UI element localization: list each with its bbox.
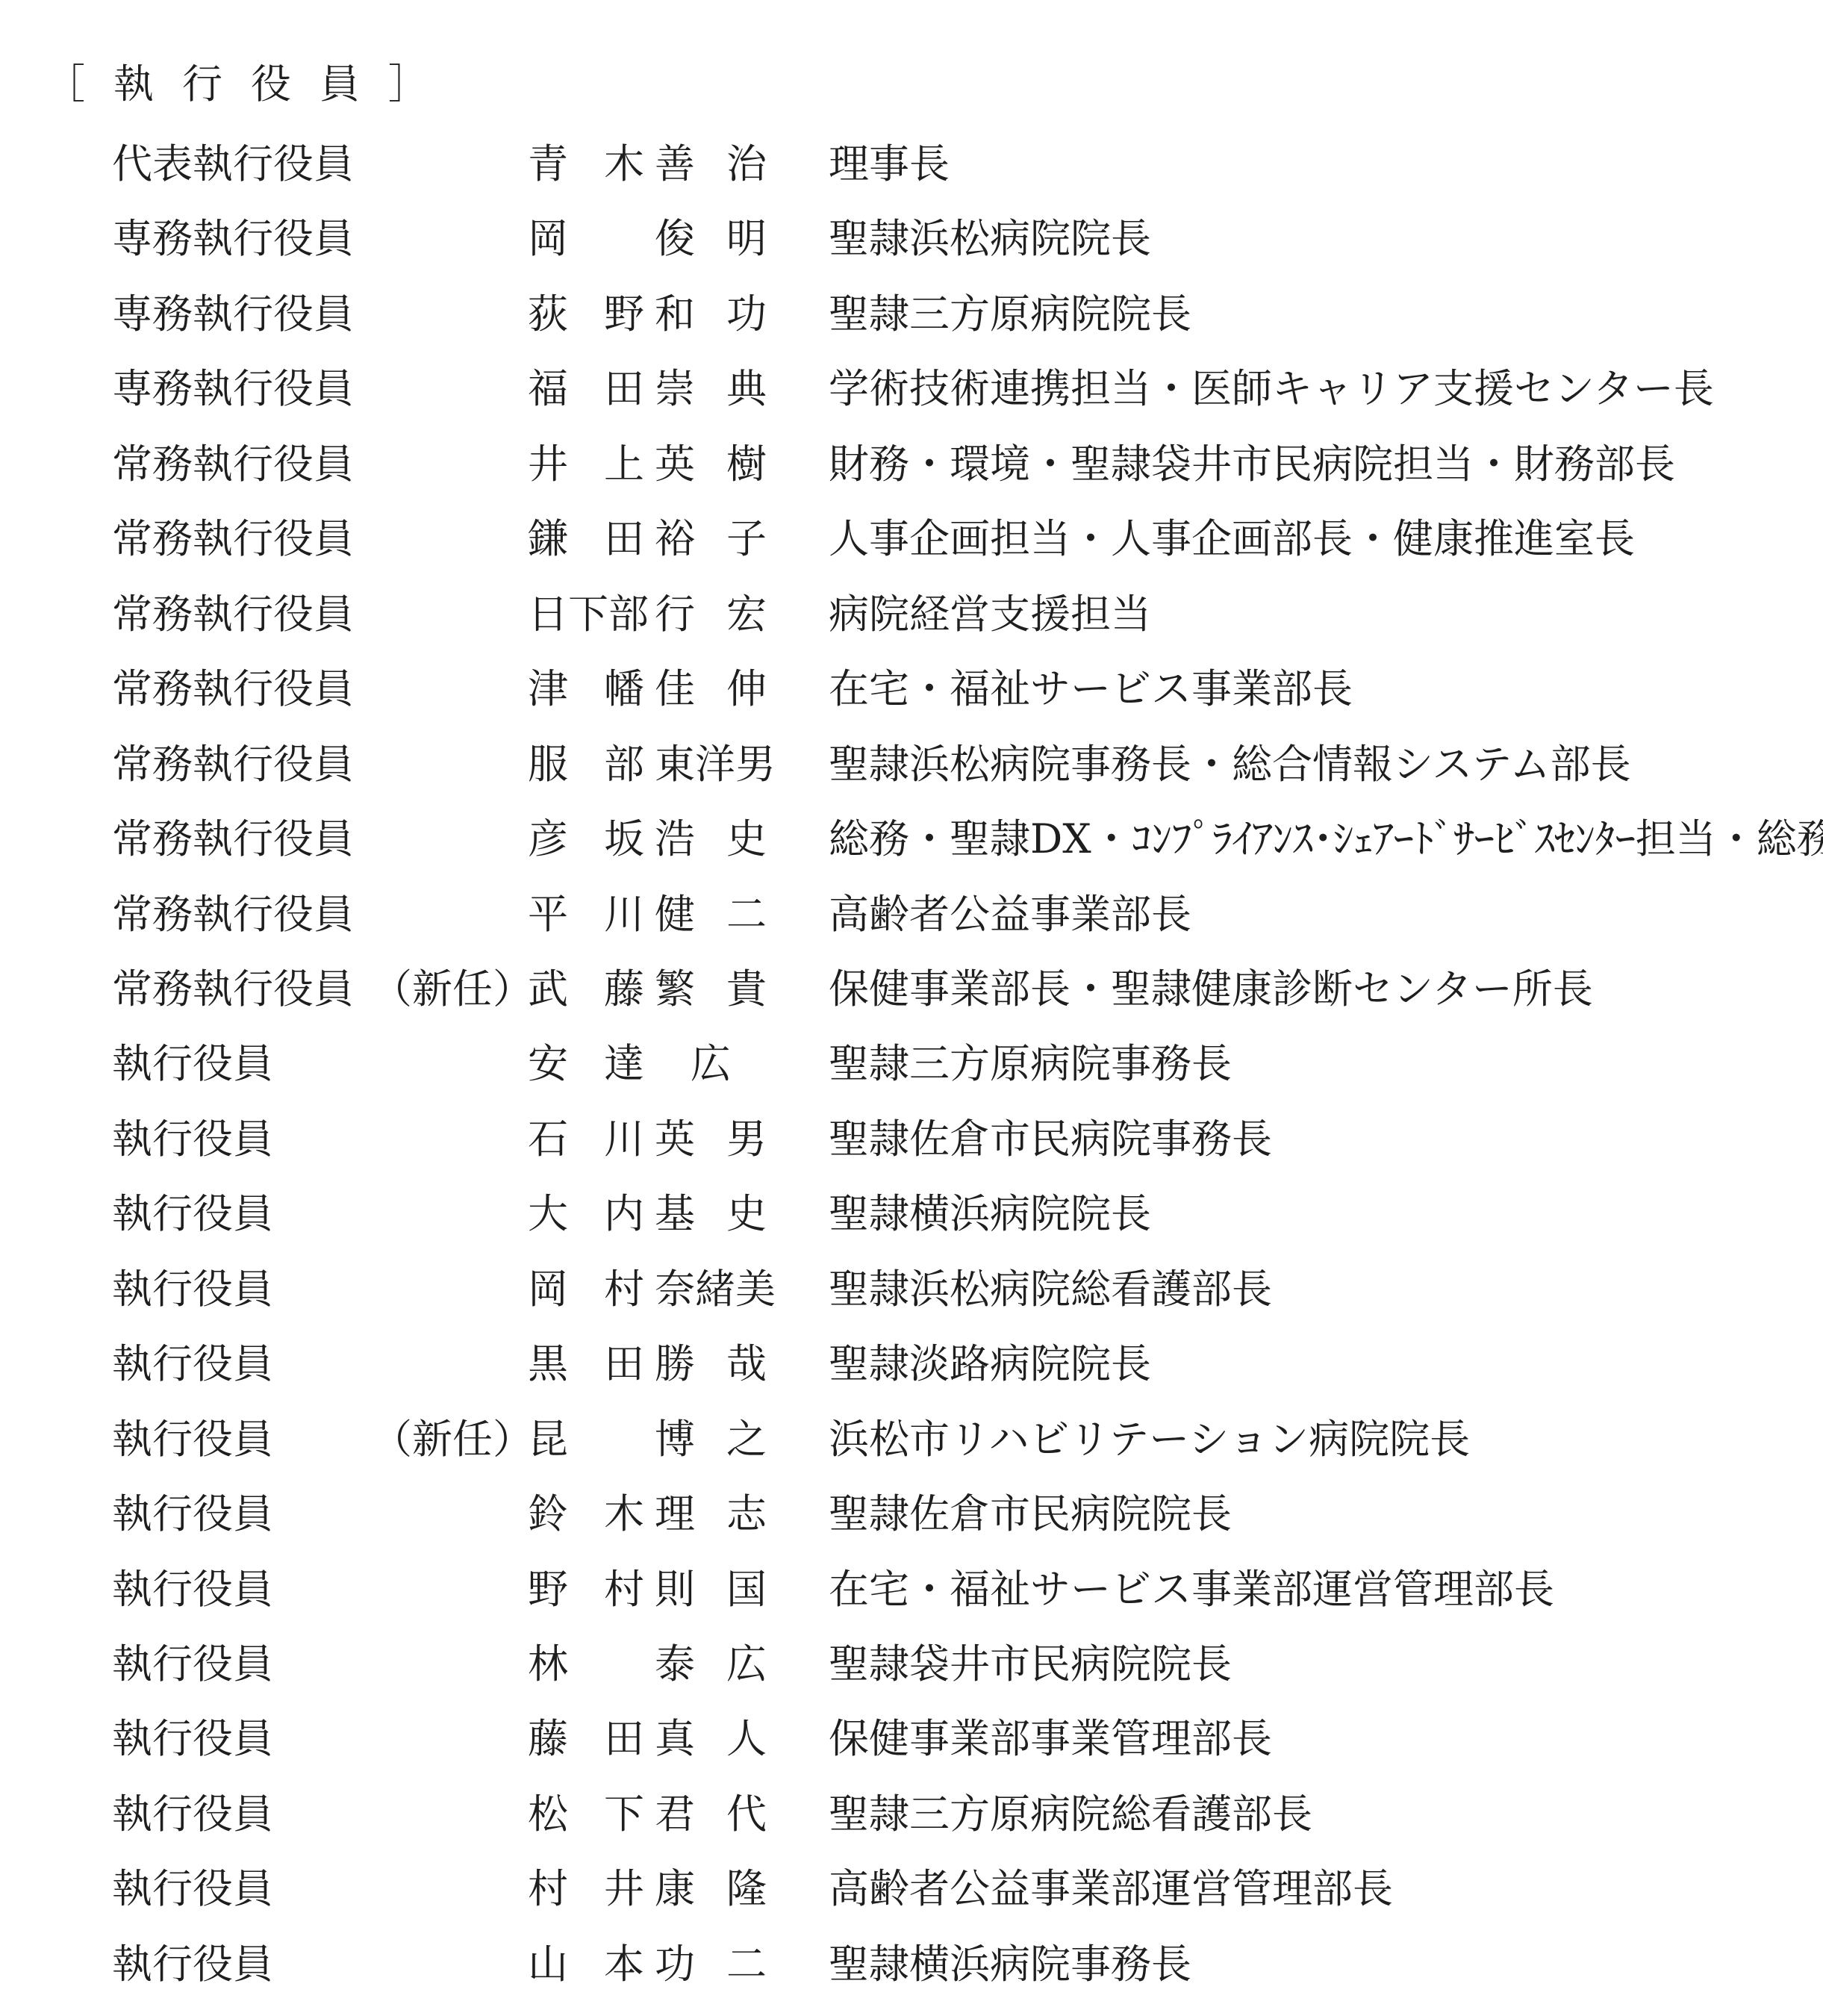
officer-row: 常務執行役員 鎌田 裕子 人事企画担当・人事企画部長・健康推進室長 [0,500,1823,575]
officer-row: 常務執行役員 津幡 佳伸 在宅・福祉サービス事業部長 [0,650,1823,725]
officer-row: 代表執行役員 青木 善治 理事長 [0,125,1823,200]
officer-surname: 野村 [528,1567,644,1612]
officer-title: 執行役員 [112,1267,273,1312]
officer-row: 執行役員 松下 君代 聖隷三方原病院総看護部長 [0,1776,1823,1850]
officer-given-name: 健二 [655,892,767,937]
officer-position: 総務・聖隷DX・ｺﾝﾌﾟﾗｲｱﾝｽ･ｼｪｱｰﾄﾞｻｰﾋﾞｽｾﾝﾀｰ担当・総務部長 [829,817,1823,862]
officer-title: 執行役員 [112,1717,273,1761]
new-appointment-note: （新任） [372,1417,533,1462]
officer-given-name: 康隆 [655,1867,767,1911]
officer-given-name: 和功 [655,292,767,337]
officer-row: 執行役員 岡村 奈緒美 聖隷浜松病院総看護部長 [0,1251,1823,1325]
officer-surname: 日下部 [528,592,644,637]
officer-given-name: 英樹 [655,442,767,487]
officer-given-name: 行宏 [655,592,767,637]
officer-row: 常務執行役員 井上 英樹 財務・環境・聖隷袋井市民病院担当・財務部長 [0,426,1823,500]
officer-surname: 荻野 [528,292,644,337]
officer-row: 常務執行役員 彦坂 浩史 総務・聖隷DX・ｺﾝﾌﾟﾗｲｱﾝｽ･ｼｪｱｰﾄﾞｻｰﾋ… [0,800,1823,875]
officer-row: 執行役員 黒田 勝哉 聖隷淡路病院院長 [0,1325,1823,1400]
officer-title: 執行役員 [112,1792,273,1837]
officer-position: 聖隷浜松病院院長 [829,217,1151,261]
officer-position: 聖隷三方原病院総看護部長 [829,1792,1312,1837]
officer-position: 理事長 [829,142,950,187]
officer-row: 常務執行役員 服部 東洋男 聖隷浜松病院事務長・総合情報システム部長 [0,726,1823,800]
officer-surname: 井上 [528,442,644,487]
officer-row: 執行役員 （新任） 昆 博之 浜松市リハビリテーション病院院長 [0,1401,1823,1475]
officer-title: 常務執行役員 [112,592,354,637]
officer-title: 常務執行役員 [112,667,354,712]
officer-surname: 福田 [528,367,644,411]
officer-given-name: 広 [655,1042,767,1086]
officer-position: 聖隷三方原病院事務長 [829,1042,1232,1086]
officer-row: 常務執行役員 （新任） 武藤 繁貴 保健事業部長・聖隷健康診断センター所長 [0,951,1823,1025]
officer-position: 聖隷横浜病院事務長 [829,1942,1191,1987]
officer-row: 執行役員 林 泰広 聖隷袋井市民病院院長 [0,1625,1823,1700]
officer-position: 聖隷浜松病院事務長・総合情報システム部長 [829,742,1631,787]
officer-position: 聖隷袋井市民病院院長 [829,1642,1232,1687]
officer-title: 執行役員 [112,1942,273,1987]
officer-position: 聖隷佐倉市民病院院長 [829,1492,1232,1537]
officer-title: 常務執行役員 [112,817,354,862]
officer-surname: 松下 [528,1792,644,1837]
new-appointment-note: （新任） [372,967,533,1012]
officer-position: 保健事業部長・聖隷健康診断センター所長 [829,967,1593,1012]
officer-position: 学術技術連携担当・医師キャリア支援センター長 [829,367,1714,411]
officer-position: 高齢者公益事業部運営管理部長 [829,1867,1393,1911]
officer-row: 執行役員 鈴木 理志 聖隷佐倉市民病院院長 [0,1475,1823,1550]
officer-given-name: 博之 [655,1417,767,1462]
officer-surname: 安達 [528,1042,644,1086]
officer-surname: 山本 [528,1942,644,1987]
officer-given-name: 理志 [655,1492,767,1537]
officer-given-name: 真人 [655,1717,767,1761]
officer-given-name: 勝哉 [655,1342,767,1387]
officer-surname: 青木 [528,142,644,187]
officer-surname: 大内 [528,1192,644,1236]
officer-surname: 石川 [528,1117,644,1162]
officer-surname: 服部 [528,742,644,787]
officer-row: 常務執行役員 平川 健二 高齢者公益事業部長 [0,876,1823,951]
officer-given-name: 泰広 [655,1642,767,1687]
officer-given-name: 崇典 [655,367,767,411]
officer-title: 常務執行役員 [112,742,354,787]
officer-surname: 岡村 [528,1267,644,1312]
officer-surname: 鎌田 [528,517,644,561]
officer-row: 執行役員 安達 広 聖隷三方原病院事務長 [0,1025,1823,1100]
officer-given-name: 英男 [655,1117,767,1162]
officer-title: 専務執行役員 [112,217,354,261]
officer-title: 執行役員 [112,1042,273,1086]
officer-surname: 藤田 [528,1717,644,1761]
officer-position: 聖隷浜松病院総看護部長 [829,1267,1272,1312]
officer-position: 聖隷佐倉市民病院事務長 [829,1117,1272,1162]
officer-title: 専務執行役員 [112,367,354,411]
officer-position: 聖隷横浜病院院長 [829,1192,1151,1236]
officer-surname: 平川 [528,892,644,937]
officer-given-name: 善治 [655,142,767,187]
officer-position: 人事企画担当・人事企画部長・健康推進室長 [829,517,1635,561]
officer-position: 保健事業部事業管理部長 [829,1717,1272,1761]
officer-surname: 彦坂 [528,817,644,862]
officer-position: 聖隷三方原病院院長 [829,292,1191,337]
officer-surname: 黒田 [528,1342,644,1387]
officer-given-name: 浩史 [655,817,767,862]
officer-title: 専務執行役員 [112,292,354,337]
officer-position: 高齢者公益事業部長 [829,892,1191,937]
officer-row: 執行役員 大内 基史 聖隷横浜病院院長 [0,1175,1823,1250]
officer-given-name: 功二 [655,1942,767,1987]
officer-title: 執行役員 [112,1867,273,1911]
officer-title: 常務執行役員 [112,442,354,487]
officer-surname: 武藤 [528,967,644,1012]
officer-title: 執行役員 [112,1342,273,1387]
section-heading-executive-officers: ［執行役員］ [45,61,457,108]
officer-title: 常務執行役員 [112,892,354,937]
officer-position: 聖隷淡路病院院長 [829,1342,1151,1387]
officer-row: 執行役員 石川 英男 聖隷佐倉市民病院事務長 [0,1101,1823,1175]
officer-surname: 岡 [528,217,644,261]
officer-position: 財務・環境・聖隷袋井市民病院担当・財務部長 [829,442,1675,487]
officer-title: 常務執行役員 [112,967,354,1012]
officer-position: 在宅・福祉サービス事業部運営管理部長 [829,1567,1554,1612]
officer-surname: 津幡 [528,667,644,712]
officer-row: 執行役員 野村 則国 在宅・福祉サービス事業部運営管理部長 [0,1551,1823,1625]
officer-row: 常務執行役員 日下部 行宏 病院経営支援担当 [0,576,1823,650]
officer-given-name: 裕子 [655,517,767,561]
officer-given-name: 俊明 [655,217,767,261]
officer-surname: 村井 [528,1867,644,1911]
officer-surname: 林 [528,1642,644,1687]
officer-given-name: 則国 [655,1567,767,1612]
officer-row: 専務執行役員 岡 俊明 聖隷浜松病院院長 [0,200,1823,275]
officer-title: 代表執行役員 [112,142,354,187]
officer-given-name: 奈緒美 [655,1267,767,1312]
officer-title: 常務執行役員 [112,517,354,561]
officer-given-name: 繁貴 [655,967,767,1012]
officer-row: 執行役員 村井 康隆 高齢者公益事業部運営管理部長 [0,1850,1823,1925]
officer-given-name: 君代 [655,1792,767,1837]
officer-row: 専務執行役員 福田 崇典 学術技術連携担当・医師キャリア支援センター長 [0,350,1823,425]
officer-position: 在宅・福祉サービス事業部長 [829,667,1353,712]
officer-title: 執行役員 [112,1417,273,1462]
officer-title: 執行役員 [112,1492,273,1537]
officer-given-name: 東洋男 [655,742,767,787]
officer-title: 執行役員 [112,1567,273,1612]
officer-row: 専務執行役員 荻野 和功 聖隷三方原病院院長 [0,276,1823,350]
officer-given-name: 基史 [655,1192,767,1236]
officer-row: 執行役員 山本 功二 聖隷横浜病院事務長 [0,1926,1823,2000]
officer-title: 執行役員 [112,1117,273,1162]
officer-position: 浜松市リハビリテーション病院院長 [829,1417,1470,1462]
officer-surname: 昆 [528,1417,644,1462]
officer-position: 病院経営支援担当 [829,592,1151,637]
officer-surname: 鈴木 [528,1492,644,1537]
officer-title: 執行役員 [112,1642,273,1687]
officer-given-name: 佳伸 [655,667,767,712]
document-page: ［執行役員］ 代表執行役員 青木 善治 理事長 専務執行役員 岡 俊明 聖隷浜松… [0,0,1823,2016]
officer-title: 執行役員 [112,1192,273,1236]
officer-row: 執行役員 藤田 真人 保健事業部事業管理部長 [0,1700,1823,1775]
